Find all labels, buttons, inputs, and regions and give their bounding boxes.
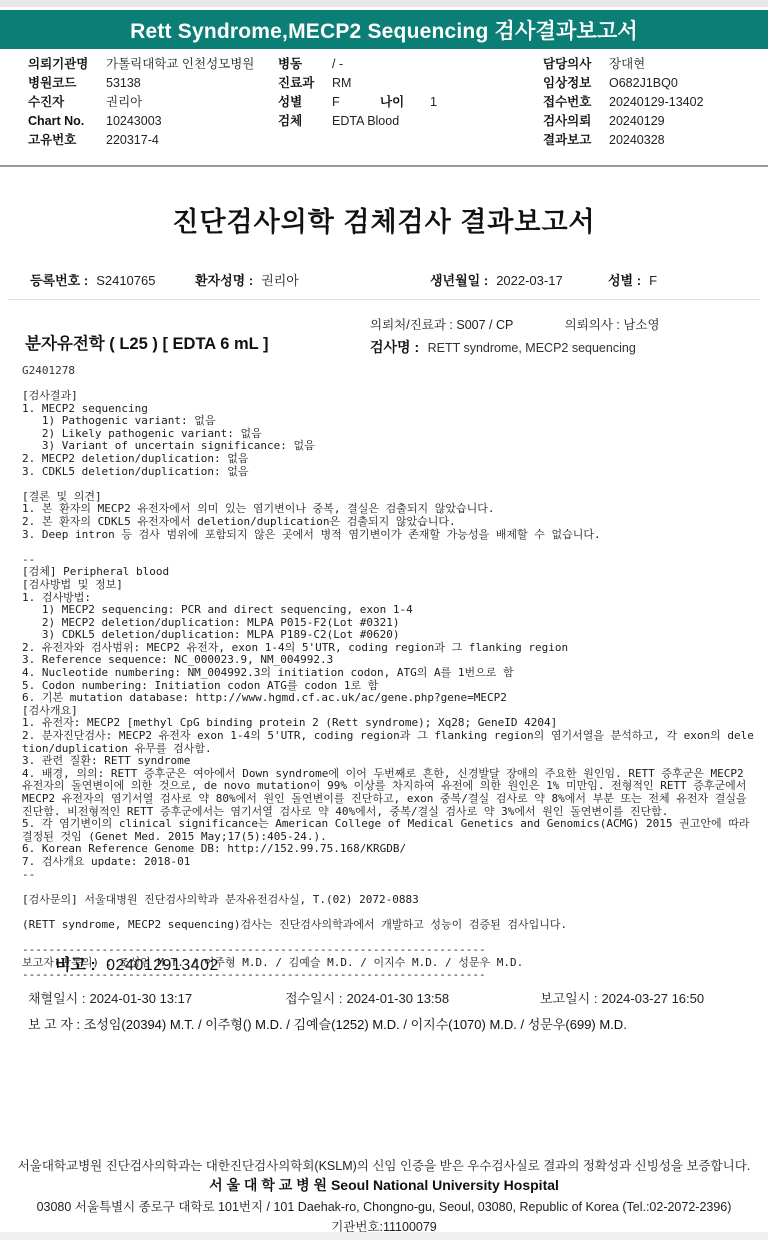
patient-row-underline [8,299,760,300]
patient-info-row: 등록번호 :S2410765 환자성명 :권리아 생년월일 :2022-03-1… [0,270,768,290]
meta-column-middle: 병동 / - 진료과 RM 성별 F 나이 1 검체 EDTA Blood [278,57,437,133]
test-name-row: 검사명 : RETT syndrome, MECP2 sequencing [370,337,636,357]
field-value: F [649,273,657,288]
meta-label: 성별 [278,95,332,109]
field-value: 2024-01-30 13:58 [346,991,449,1006]
meta-row: 의뢰기관명 가톨릭대학교 인천성모병원 [28,57,254,71]
meta-column-right: 담당의사 장대현 임상정보 O682J1BQ0 접수번호 20240129-13… [543,57,704,152]
field-label: 보고일시 : [540,991,597,1006]
header-meta-block: 의뢰기관명 가톨릭대학교 인천성모병원 병원코드 53138 수진자 권리아 C… [0,57,768,157]
received-datetime: 접수일시 :2024-01-30 13:58 [285,988,449,1007]
dates-row: 채혈일시 :2024-01-30 13:17 접수일시 :2024-01-30 … [0,988,768,1006]
meta-value: F [332,95,380,109]
patient-field-birthdate: 생년월일 :2022-03-17 [430,270,563,289]
meta-value: O682J1BQ0 [609,76,678,90]
meta-row: 병원코드 53138 [28,76,254,90]
meta-value: 220317-4 [106,133,159,147]
referral-doctor-value: 남소영 [623,318,659,332]
meta-value: 20240129-13402 [609,95,704,109]
meta-value: 53138 [106,76,141,90]
reporters-label: 보 고 자 : [28,1017,80,1032]
patient-field-name: 환자성명 :권리아 [195,270,299,289]
meta-label: 검사의뢰 [543,114,609,128]
meta-value: EDTA Blood [332,114,399,128]
reporters-row: 보 고 자 : 조성임(20394) M.T. / 이주형() M.D. / 김… [28,1014,627,1033]
report-banner-title: Rett Syndrome,MECP2 Sequencing 검사결과보고서 [130,15,638,45]
field-label: 생년월일 : [430,273,488,288]
field-value: 2024-03-27 16:50 [601,991,704,1006]
test-name-value: RETT syndrome, MECP2 sequencing [428,341,636,355]
meta-value: 20240328 [609,133,665,147]
meta-label: 검체 [278,114,332,128]
field-label: 등록번호 : [30,273,88,288]
specimen-number: G2401278 [22,364,75,377]
meta-label: 결과보고 [543,133,609,147]
field-value: 2022-03-17 [496,273,563,288]
meta-label: 진료과 [278,76,332,90]
remark-value: 024012913402 [106,957,219,974]
meta-label: 병동 [278,57,332,71]
meta-row: Chart No. 10243003 [28,114,254,128]
collection-datetime: 채혈일시 :2024-01-30 13:17 [28,988,192,1007]
remark-row: 비고 : 024012913402 [55,952,219,975]
page-title: 진단검사의학 검체검사 결과보고서 [0,200,768,239]
reporters-value: 조성임(20394) M.T. / 이주형() M.D. / 김예슬(1252)… [84,1017,627,1032]
meta-value: 권리아 [106,95,142,109]
header-divider-line [0,165,768,167]
meta-row-sex-age: 성별 F 나이 1 [278,95,437,109]
referral-dept-value: S007 / CP [456,318,513,332]
remark-label: 비고 : [55,957,96,974]
referral-doctor-label: 의뢰의사 : [565,318,620,332]
meta-row: 진료과 RM [278,76,437,90]
field-label: 환자성명 : [195,273,253,288]
meta-label: 임상정보 [543,76,609,90]
meta-column-left: 의뢰기관명 가톨릭대학교 인천성모병원 병원코드 53138 수진자 권리아 C… [28,57,254,152]
meta-value: 가톨릭대학교 인천성모병원 [106,57,254,71]
patient-field-registration: 등록번호 :S2410765 [30,270,155,289]
referral-dept-label: 의뢰처/진료과 : [370,318,453,332]
top-gray-strip [0,0,768,7]
meta-value: 장대현 [609,57,645,71]
reported-datetime: 보고일시 :2024-03-27 16:50 [540,988,704,1007]
meta-row: 병동 / - [278,57,437,71]
meta-label: 병원코드 [28,76,106,90]
meta-label: 나이 [380,95,430,109]
meta-value: RM [332,76,351,90]
bottom-gray-strip [0,1232,768,1240]
footer-address: 03080 서울특별시 종로구 대학로 101번지 / 101 Daehak-r… [0,1197,768,1215]
field-value: S2410765 [96,273,155,288]
meta-label: 수진자 [28,95,106,109]
meta-label: 접수번호 [543,95,609,109]
meta-row: 접수번호 20240129-13402 [543,95,704,109]
field-label: 채혈일시 : [28,991,85,1006]
footer-accreditation-text: 서울대학교병원 진단검사의학과는 대한진단검사의학회(KSLM)의 신임 인증을… [0,1156,768,1174]
meta-row: 임상정보 O682J1BQ0 [543,76,704,90]
meta-label: 고유번호 [28,133,106,147]
report-banner: Rett Syndrome,MECP2 Sequencing 검사결과보고서 [0,10,768,49]
meta-value: 20240129 [609,114,665,128]
meta-label: 담당의사 [543,57,609,71]
meta-row: 고유번호 220317-4 [28,133,254,147]
meta-row: 검체 EDTA Blood [278,114,437,128]
meta-row: 담당의사 장대현 [543,57,704,71]
field-value: 2024-01-30 13:17 [89,991,192,1006]
report-body-text: [검사결과] 1. MECP2 sequencing 1) Pathogenic… [22,390,754,982]
patient-field-sex: 성별 :F [608,270,657,289]
meta-value: 1 [430,95,437,109]
test-name-label: 검사명 : [370,339,419,355]
section-title-molecular-genetics: 분자유전학 ( L25 ) [ EDTA 6 mL ] [25,330,269,354]
meta-value: 10243003 [106,114,162,128]
meta-row: 수진자 권리아 [28,95,254,109]
meta-row: 검사의뢰 20240129 [543,114,704,128]
field-label: 접수일시 : [285,991,342,1006]
field-value: 권리아 [261,273,299,288]
footer-hospital-name: 서 울 대 학 교 병 원 Seoul National University … [0,1175,768,1195]
meta-label: 의뢰기관명 [28,57,106,71]
meta-row: 결과보고 20240328 [543,133,704,147]
meta-label: Chart No. [28,114,106,128]
referral-row: 의뢰처/진료과 : S007 / CP 의뢰의사 : 남소영 [370,315,660,333]
meta-value: / - [332,57,343,71]
field-label: 성별 : [608,273,641,288]
